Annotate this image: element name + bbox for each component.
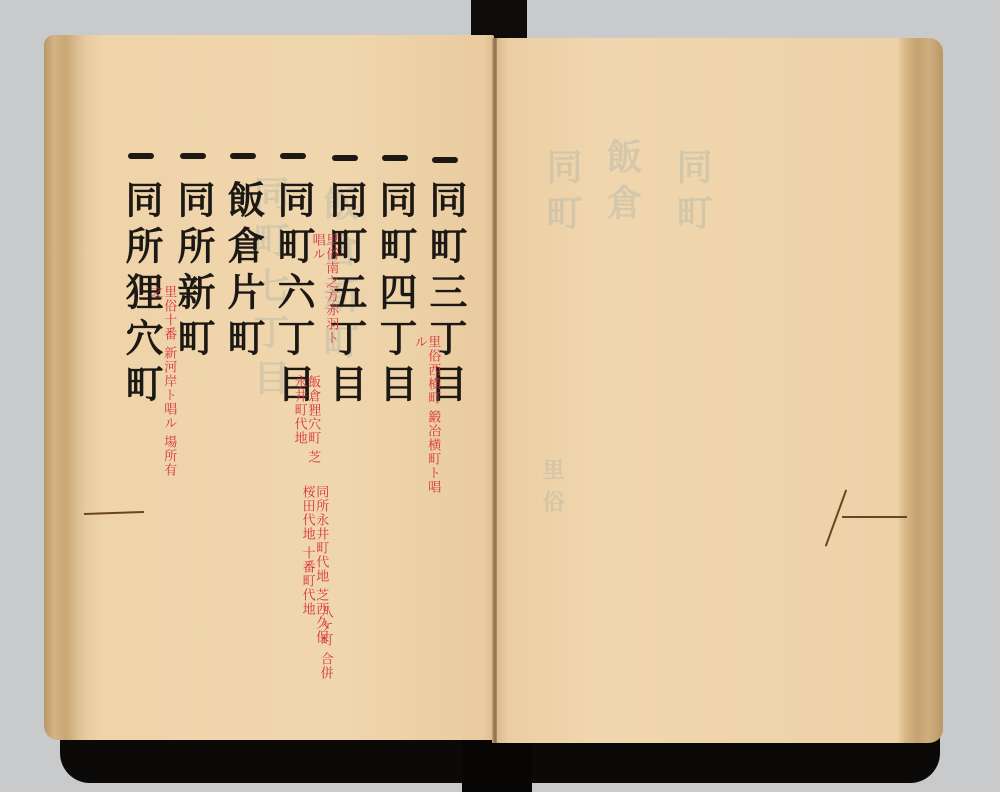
bleed-through-text: 飯倉 [597, 138, 648, 230]
entry-mark [230, 153, 256, 159]
left-page: 同町七丁目 飯倉新町 同町三丁目 同町四丁目 同町五丁目 同町六丁目 飯倉片町 … [44, 35, 494, 740]
bleed-through-text: 同町 [537, 148, 588, 240]
entry-mark [280, 153, 306, 159]
entry-mark [382, 155, 408, 161]
entry-mark [432, 157, 458, 163]
paper-tear [825, 489, 847, 546]
entry-name: 飯倉片町 [224, 180, 262, 364]
book-spine-bottom [462, 738, 532, 792]
paper-tear [84, 511, 144, 515]
red-annotation: 飯倉狸穴町 芝永井町代地 [292, 375, 319, 475]
entry-mark [332, 155, 358, 161]
entry-mark [128, 153, 154, 159]
red-annotation: 里俗西横町 鍛冶横町ト唱ル [412, 335, 439, 505]
red-annotation: 里俗十番 新河岸ト唱ル 場所有之 [148, 285, 175, 485]
entry-name: 同所新町 [174, 180, 212, 364]
bleed-through-text: 里俗 [537, 458, 568, 522]
paper-tear [842, 516, 907, 518]
bleed-through-text: 同町 [667, 148, 718, 240]
right-page: 同町 飯倉 同町 里俗 [497, 38, 943, 743]
red-annotation-footer: 八ケ町 合併 [318, 605, 332, 685]
entry-name: 同町四丁目 [376, 180, 414, 410]
red-annotation: 里俗南之方赤羽ト唱ル [310, 233, 337, 353]
entry-mark [180, 153, 206, 159]
